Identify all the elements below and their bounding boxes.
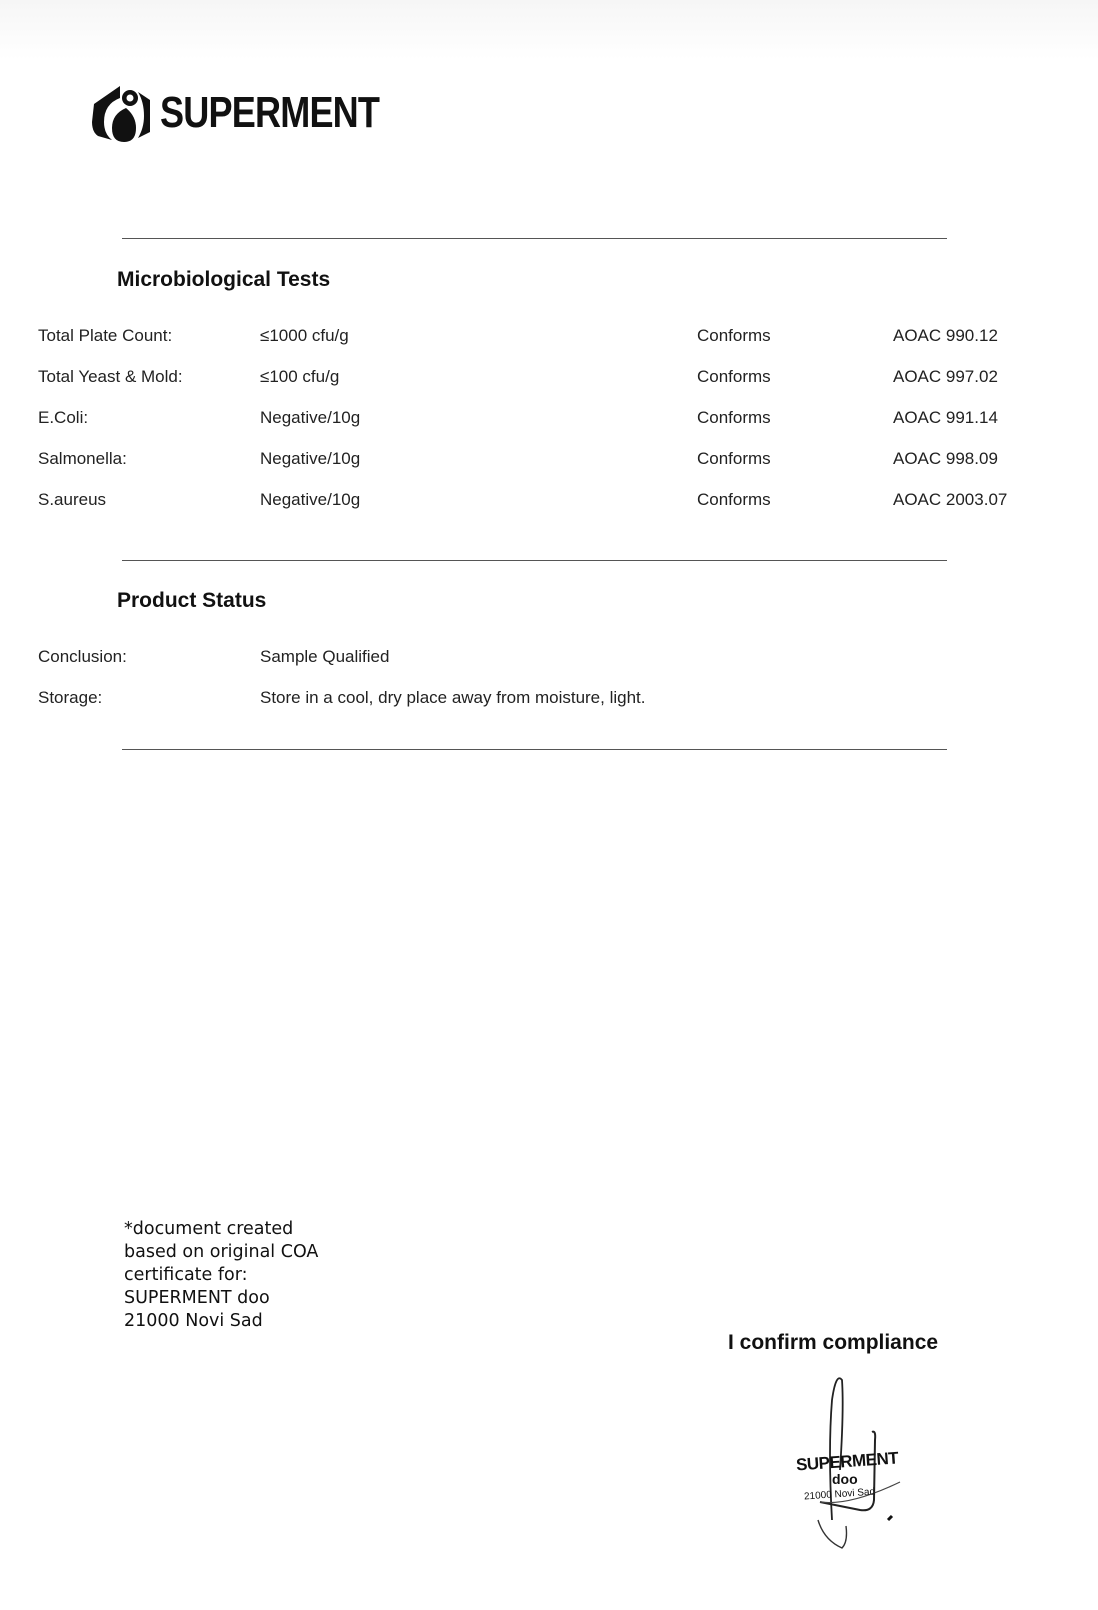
test-row: Total Yeast & Mold: ≤100 cfu/g Conforms …: [0, 367, 1098, 391]
test-method: AOAC 2003.07: [893, 490, 1007, 510]
test-label: Salmonella:: [38, 449, 127, 469]
compliance-statement: I confirm compliance: [728, 1331, 938, 1355]
test-method: AOAC 990.12: [893, 326, 998, 346]
divider: [122, 238, 947, 239]
test-spec: ≤100 cfu/g: [260, 367, 339, 387]
product-status-title: Product Status: [117, 589, 266, 613]
test-method: AOAC 998.09: [893, 449, 998, 469]
footnote-line: based on original COA: [124, 1241, 318, 1264]
test-label: Total Yeast & Mold:: [38, 367, 183, 387]
footnote-line: 21000 Novi Sad: [124, 1310, 318, 1333]
stamp-company-type: doo: [832, 1471, 858, 1487]
status-value: Sample Qualified: [260, 647, 389, 667]
test-spec: ≤1000 cfu/g: [260, 326, 349, 346]
divider: [122, 749, 947, 750]
brand-logo: SUPERMENT: [90, 82, 427, 144]
test-row: Salmonella: Negative/10g Conforms AOAC 9…: [0, 449, 1098, 473]
footnote-line: certificate for:: [124, 1264, 318, 1287]
test-method: AOAC 997.02: [893, 367, 998, 387]
footnote-line: *document created: [124, 1218, 318, 1241]
test-row: E.Coli: Negative/10g Conforms AOAC 991.1…: [0, 408, 1098, 432]
scan-top-shadow: [0, 0, 1098, 60]
test-result: Conforms: [697, 367, 771, 387]
status-label: Conclusion:: [38, 647, 127, 667]
signature-stamp: SUPERMENT doo 21000 Novi Sad: [780, 1370, 930, 1560]
microbiological-tests-title: Microbiological Tests: [117, 268, 330, 292]
test-row: Total Plate Count: ≤1000 cfu/g Conforms …: [0, 326, 1098, 350]
superment-logo-icon: [90, 82, 154, 144]
divider: [122, 560, 947, 561]
test-method: AOAC 991.14: [893, 408, 998, 428]
test-result: Conforms: [697, 490, 771, 510]
footnote-line: SUPERMENT doo: [124, 1287, 318, 1310]
test-label: E.Coli:: [38, 408, 88, 428]
brand-name: SUPERMENT: [160, 91, 379, 135]
status-value: Store in a cool, dry place away from moi…: [260, 688, 646, 708]
test-spec: Negative/10g: [260, 449, 360, 469]
status-row: Conclusion: Sample Qualified: [0, 647, 1098, 671]
document-footnote: *document created based on original COA …: [124, 1218, 318, 1333]
status-row: Storage: Store in a cool, dry place away…: [0, 688, 1098, 712]
status-label: Storage:: [38, 688, 102, 708]
test-row: S.aureus Negative/10g Conforms AOAC 2003…: [0, 490, 1098, 514]
test-spec: Negative/10g: [260, 490, 360, 510]
test-label: S.aureus: [38, 490, 106, 510]
test-result: Conforms: [697, 408, 771, 428]
test-label: Total Plate Count:: [38, 326, 172, 346]
test-result: Conforms: [697, 326, 771, 346]
test-spec: Negative/10g: [260, 408, 360, 428]
test-result: Conforms: [697, 449, 771, 469]
